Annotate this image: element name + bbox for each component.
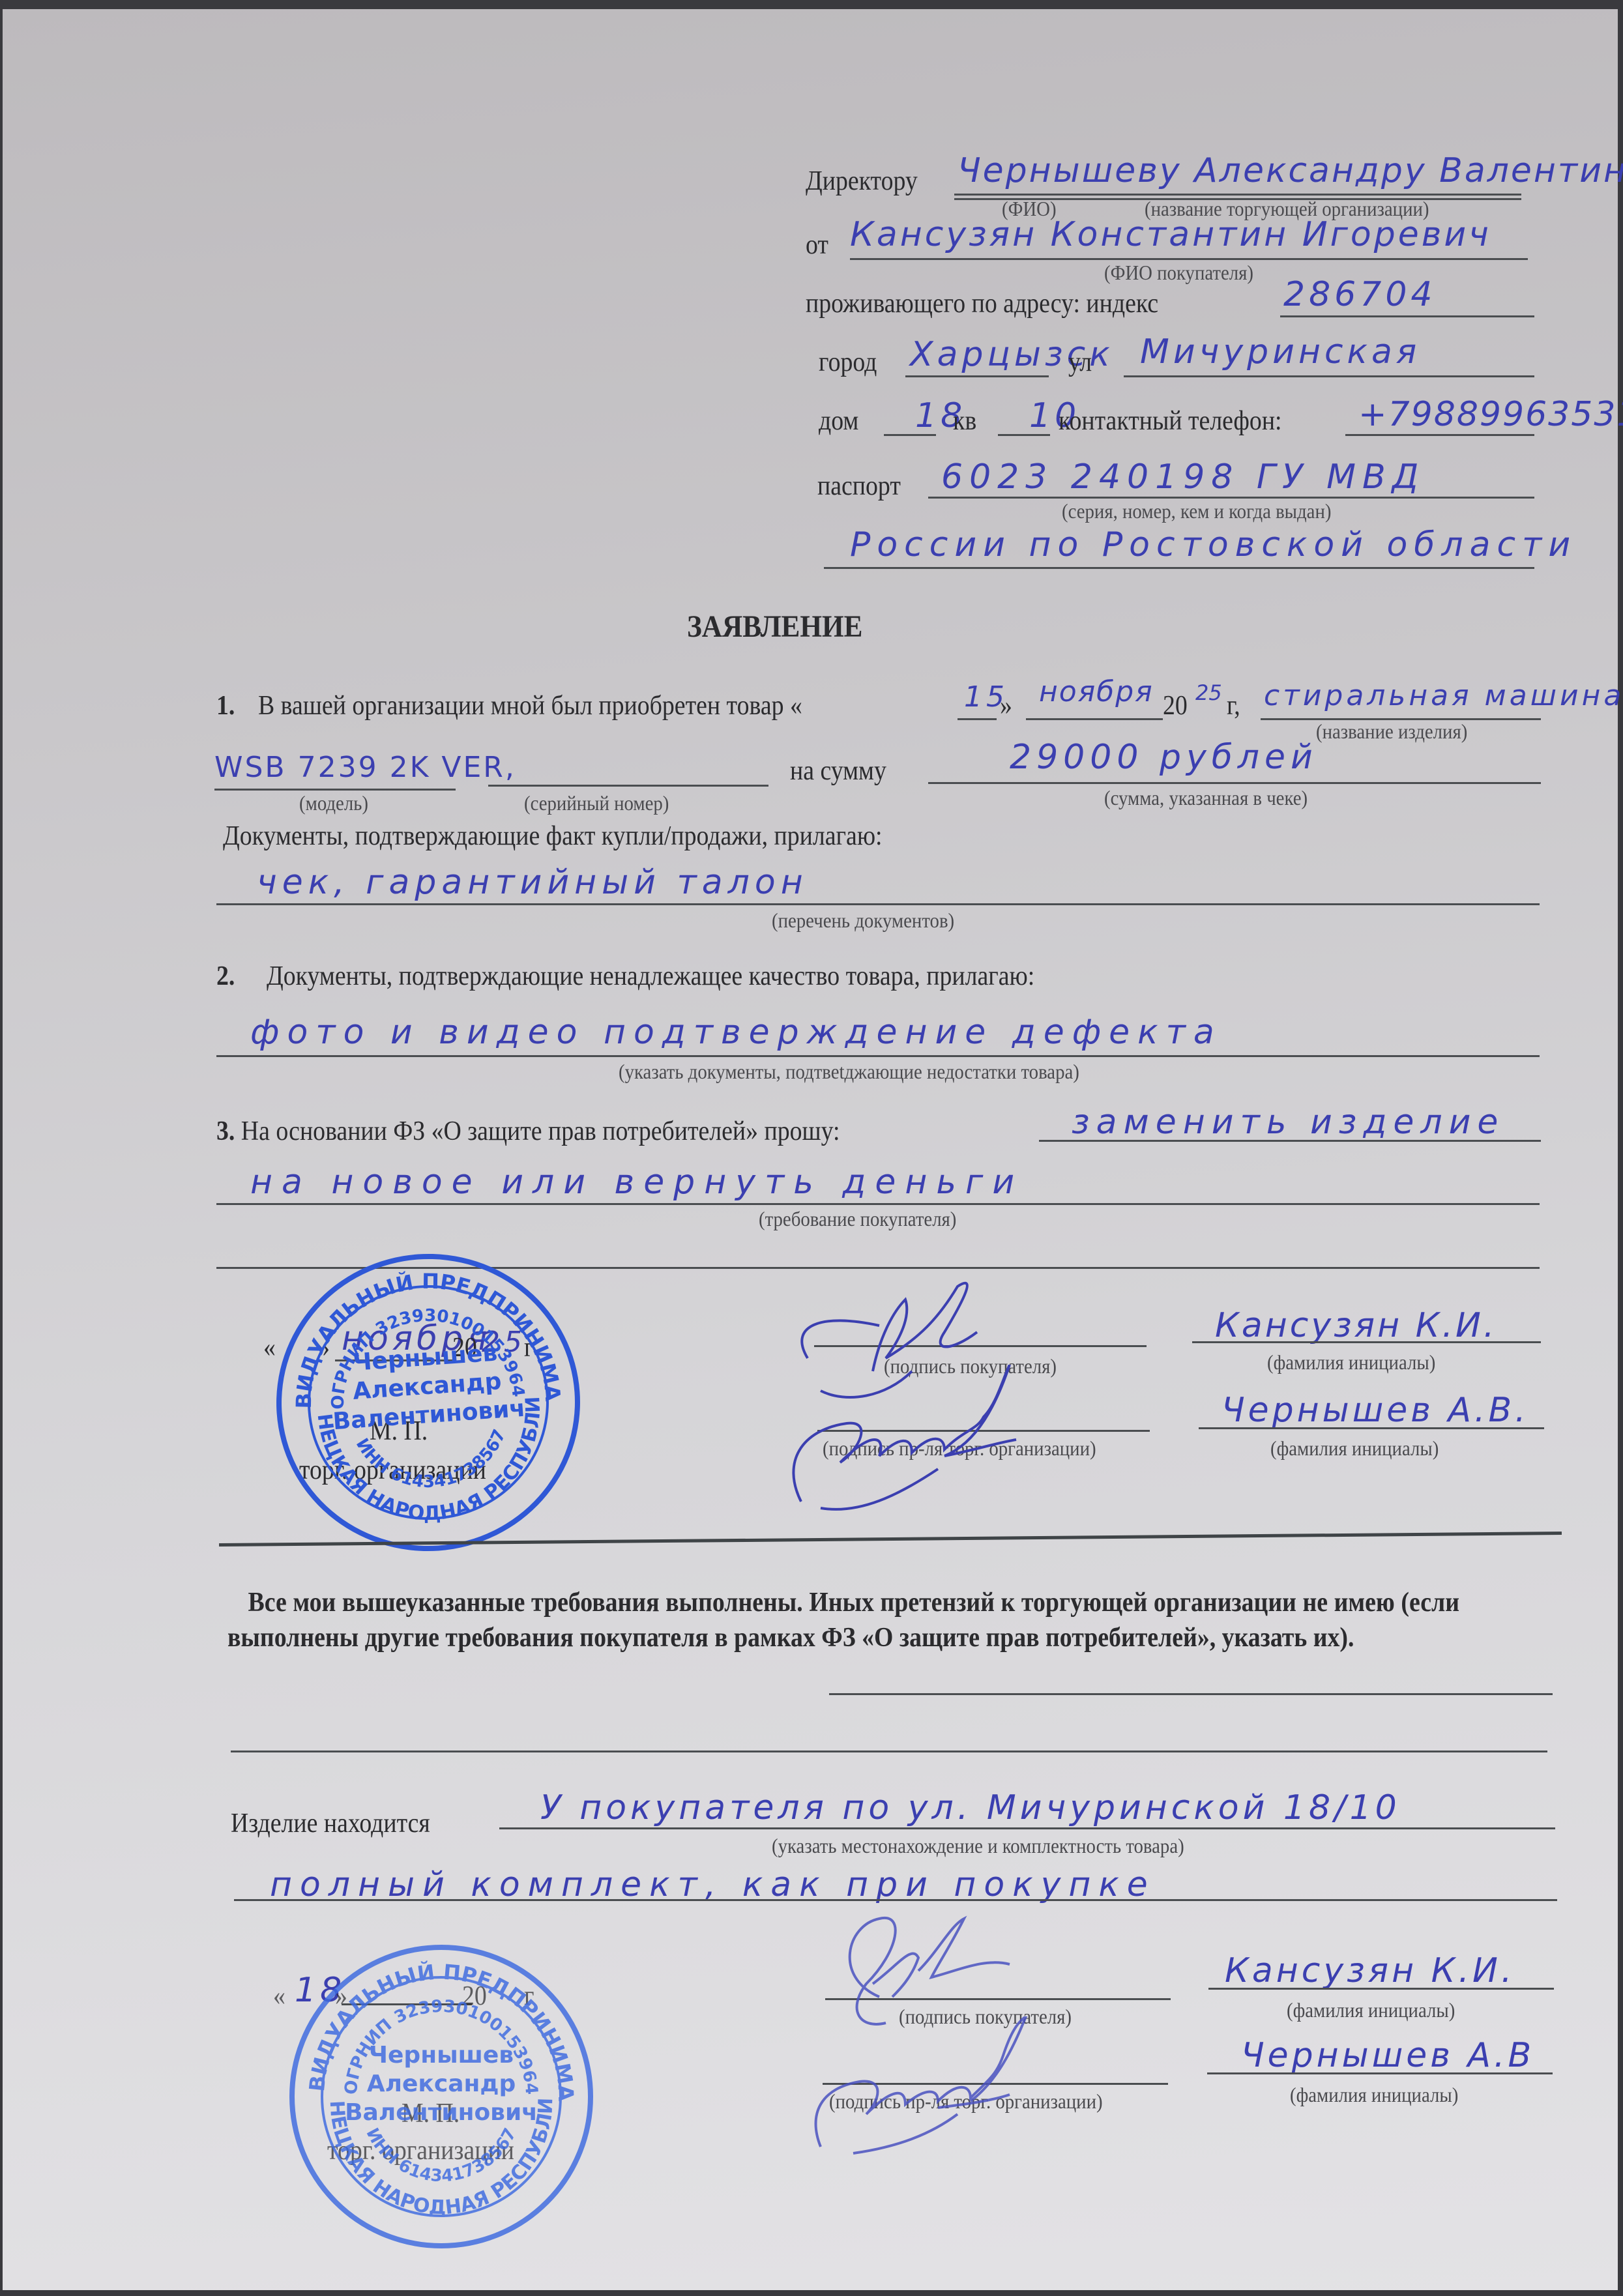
to-line xyxy=(954,194,1521,196)
city-line xyxy=(905,375,1049,377)
section3-line-2 xyxy=(216,1203,1540,1205)
section1-product-caption: (название изделия) xyxy=(1316,719,1467,744)
from-line xyxy=(850,258,1528,260)
section1-sum-caption: (сумма, указанная в чеке) xyxy=(1104,786,1308,810)
sig2-buyer-name-caption: (фамилия инициалы) xyxy=(1287,1998,1455,2022)
section1-year-label: г, xyxy=(1227,690,1240,721)
passport-value: 6023 240198 ГУ МВД xyxy=(941,458,1425,497)
completion-line-2 xyxy=(231,1751,1547,1752)
section1-sum-value: 29000 рублей xyxy=(1010,738,1318,777)
month-line xyxy=(1026,718,1163,720)
section3-value-2: на новое или вернуть деньги xyxy=(250,1163,1023,1202)
index-line xyxy=(1280,315,1534,317)
section1-sum-label: на сумму xyxy=(790,755,886,787)
section1-number: 1. xyxy=(216,690,235,721)
street-value: Мичуринская xyxy=(1140,332,1420,371)
svg-text:ИНН 614341738567: ИНН 614341738567 xyxy=(362,2125,520,2187)
to-label: Директору xyxy=(806,166,918,197)
house-label: дом xyxy=(819,405,858,437)
document-page: Директору Чернышеву Александру Валентино… xyxy=(3,9,1618,2290)
from-label: от xyxy=(806,229,828,261)
address-label: проживающего по адресу: индекс xyxy=(806,288,1158,319)
location-label: Изделие находится xyxy=(231,1808,430,1839)
stamp-name-line-3: Валентинович xyxy=(295,2099,588,2127)
section1-serial-caption: (серийный номер) xyxy=(524,791,669,815)
sum-line xyxy=(928,782,1541,784)
section1-docs-label: Документы, подтверждающие факт купли/про… xyxy=(223,821,883,852)
location-line-2 xyxy=(234,1899,1557,1901)
section2-caption: (указать документы, подтвеtджающие недос… xyxy=(619,1060,1079,1084)
section3-number: 3. xyxy=(216,1116,235,1146)
seller-signature-2 xyxy=(808,2016,1107,2160)
location-value: У покупателя по ул. Мичуринской 18/10 xyxy=(540,1788,1401,1827)
section1-year-prefix: 20 xyxy=(1163,690,1188,721)
stamp-name: Чернышев Александр Валентинович xyxy=(295,2041,588,2127)
stamp-name-line-1: Чернышев xyxy=(295,2041,588,2070)
street-label: ул xyxy=(1068,347,1092,378)
sig2-buyer-name: Кансузян К.И. xyxy=(1225,1951,1515,1990)
sig1-seller-name: Чернышев А.В. xyxy=(1221,1391,1529,1430)
sig1-buyer-name-line xyxy=(1192,1341,1541,1343)
sig1-buyer-name: Кансузян К.И. xyxy=(1215,1306,1497,1345)
section1-model-caption: (модель) xyxy=(299,791,368,815)
company-stamp-1: ИНДИВИДУАЛЬНЫЙ ПРЕДПРИНИМАТЕЛЬ ДОНЕЦКАЯ … xyxy=(267,1243,591,1561)
street-line xyxy=(1124,375,1534,377)
section1-docs-value: чек, гарантийный талон xyxy=(257,863,808,902)
section3-value-1: заменить изделие xyxy=(1072,1103,1504,1142)
city-label: город xyxy=(819,347,877,378)
sig2-seller-name-caption: (фамилия инициалы) xyxy=(1290,2083,1458,2107)
from-caption: (ФИО покупателя) xyxy=(1104,261,1253,285)
completion-line-1 xyxy=(829,1693,1553,1695)
company-stamp-2: ИНДИВИДУАЛЬНЫЙ ПРЕДПРИНИМАТЕЛЬ ДОНЕЦКАЯ … xyxy=(289,1945,593,2248)
section1-docs-caption: (перечень документов) xyxy=(772,908,954,933)
stamp-name-line-2: Александр xyxy=(295,2070,588,2099)
section3-line-1 xyxy=(1039,1140,1541,1142)
sig1-seller-name-caption: (фамилия инициалы) xyxy=(1270,1436,1439,1460)
passport-line xyxy=(928,497,1534,499)
section1-year-suffix: 25 xyxy=(1195,680,1222,705)
section3-text: На основании ФЗ «О защите прав потребите… xyxy=(241,1116,840,1146)
location-line xyxy=(499,1827,1555,1829)
phone-value: +79889963531 xyxy=(1358,395,1623,434)
sig2-seller-name-line xyxy=(1207,2072,1553,2074)
section1-product: стиральная машина xyxy=(1264,679,1623,712)
section2-value: фото и видео подтверждение дефекта xyxy=(250,1013,1222,1052)
location-value-2: полный комплект, как при покупке xyxy=(270,1865,1156,1904)
completion-text: Все мои вышеуказанные требования выполне… xyxy=(227,1585,1459,1655)
serial-line xyxy=(488,785,768,787)
page-title: ЗАЯВЛЕНИЕ xyxy=(687,609,862,645)
model-line xyxy=(214,789,456,791)
apt-line xyxy=(998,434,1050,436)
passport-line-2 xyxy=(824,567,1534,569)
section2-number: 2. xyxy=(216,961,235,992)
sig2-date-open: « xyxy=(273,1981,285,2012)
section1-month: ноября xyxy=(1039,675,1154,708)
location-caption: (указать местонахождение и комплектность… xyxy=(772,1834,1184,1858)
apt-label: кв xyxy=(953,405,976,437)
sig1-date-open: « xyxy=(263,1332,276,1363)
day-line xyxy=(958,718,997,720)
phone-label: контактный телефон: xyxy=(1059,405,1282,437)
section1-model: WSB 7239 2K VER, xyxy=(214,751,516,784)
index-value: 286704 xyxy=(1283,275,1437,314)
from-value: Кансузян Константин Игоревич xyxy=(850,215,1491,254)
section3-text-full: 3. На основании ФЗ «О защите прав потреб… xyxy=(216,1116,840,1147)
passport-value-2: России по Ростовской области xyxy=(850,525,1577,564)
section1-quote-close: » xyxy=(1000,690,1012,721)
sig2-buyer-name-line xyxy=(1208,1988,1554,1990)
passport-label: паспорт xyxy=(817,471,901,502)
passport-caption: (серия, номер, кем и когда выдан) xyxy=(1062,499,1331,523)
phone-line xyxy=(1345,434,1534,436)
sig1-buyer-name-caption: (фамилия инициалы) xyxy=(1267,1350,1435,1374)
section3-caption: (требование покупателя) xyxy=(759,1207,956,1231)
section1-text: В вашей организации мной был приобретен … xyxy=(258,690,802,721)
house-line xyxy=(884,434,936,436)
sig2-seller-name: Чернышев А.В xyxy=(1241,2036,1534,2075)
section2-line xyxy=(216,1055,1540,1057)
docs-line xyxy=(216,903,1540,905)
section2-text: Документы, подтверждающие ненадлежащее к… xyxy=(267,961,1034,992)
to-value: Чернышеву Александру Валентиновичу xyxy=(958,151,1623,190)
sig1-seller-name-line xyxy=(1199,1427,1544,1429)
seller-signature-1 xyxy=(782,1365,1081,1521)
